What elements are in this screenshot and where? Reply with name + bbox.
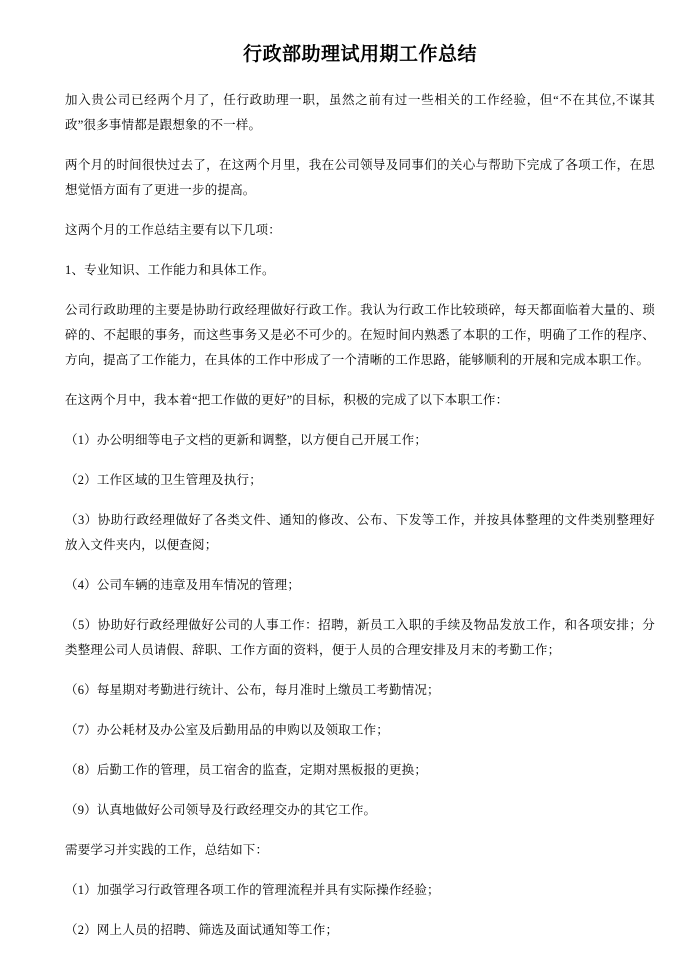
paragraph: 加入贵公司已经两个月了，任行政助理一职，虽然之前有过一些相关的工作经验，但“不在… bbox=[65, 88, 655, 138]
paragraph: 这两个月的工作总结主要有以下几项： bbox=[65, 218, 655, 243]
paragraph: （4）公司车辆的违章及用车情况的管理； bbox=[65, 573, 655, 598]
paragraph: （9）认真地做好公司领导及行政经理交办的其它工作。 bbox=[65, 798, 655, 823]
paragraph: 公司行政助理的主要是协助行政经理做好行政工作。我认为行政工作比较琐碎，每天都面临… bbox=[65, 298, 655, 373]
document-page: 行政部助理试用期工作总结 加入贵公司已经两个月了，任行政助理一职，虽然之前有过一… bbox=[0, 0, 690, 976]
paragraph: （5）协助好行政经理做好公司的人事工作：招聘，新员工入职的手续及物品发放工作，和… bbox=[65, 613, 655, 663]
paragraph: 两个月的时间很快过去了，在这两个月里，我在公司领导及同事们的关心与帮助下完成了各… bbox=[65, 153, 655, 203]
paragraph: （7）办公耗材及办公室及后勤用品的申购以及领取工作； bbox=[65, 718, 655, 743]
paragraph: （2）工作区域的卫生管理及执行； bbox=[65, 468, 655, 493]
document-body: 加入贵公司已经两个月了，任行政助理一职，虽然之前有过一些相关的工作经验，但“不在… bbox=[65, 88, 655, 943]
paragraph: （3）协助行政经理做好了各类文件、通知的修改、公布、下发等工作，并按具体整理的文… bbox=[65, 508, 655, 558]
paragraph: 需要学习并实践的工作，总结如下： bbox=[65, 838, 655, 863]
paragraph: （1）加强学习行政管理各项工作的管理流程并具有实际操作经验； bbox=[65, 878, 655, 903]
paragraph: 在这两个月中，我本着“把工作做的更好”的目标，积极的完成了以下本职工作： bbox=[65, 388, 655, 413]
document-title: 行政部助理试用期工作总结 bbox=[65, 42, 655, 68]
paragraph: （1）办公明细等电子文档的更新和调整，以方便自己开展工作； bbox=[65, 428, 655, 453]
paragraph: （2）网上人员的招聘、筛选及面试通知等工作； bbox=[65, 918, 655, 943]
paragraph: （8）后勤工作的管理，员工宿舍的监查，定期对黑板报的更换； bbox=[65, 758, 655, 783]
paragraph: （6）每星期对考勤进行统计、公布，每月准时上缴员工考勤情况； bbox=[65, 678, 655, 703]
paragraph: 1、专业知识、工作能力和具体工作。 bbox=[65, 258, 655, 283]
